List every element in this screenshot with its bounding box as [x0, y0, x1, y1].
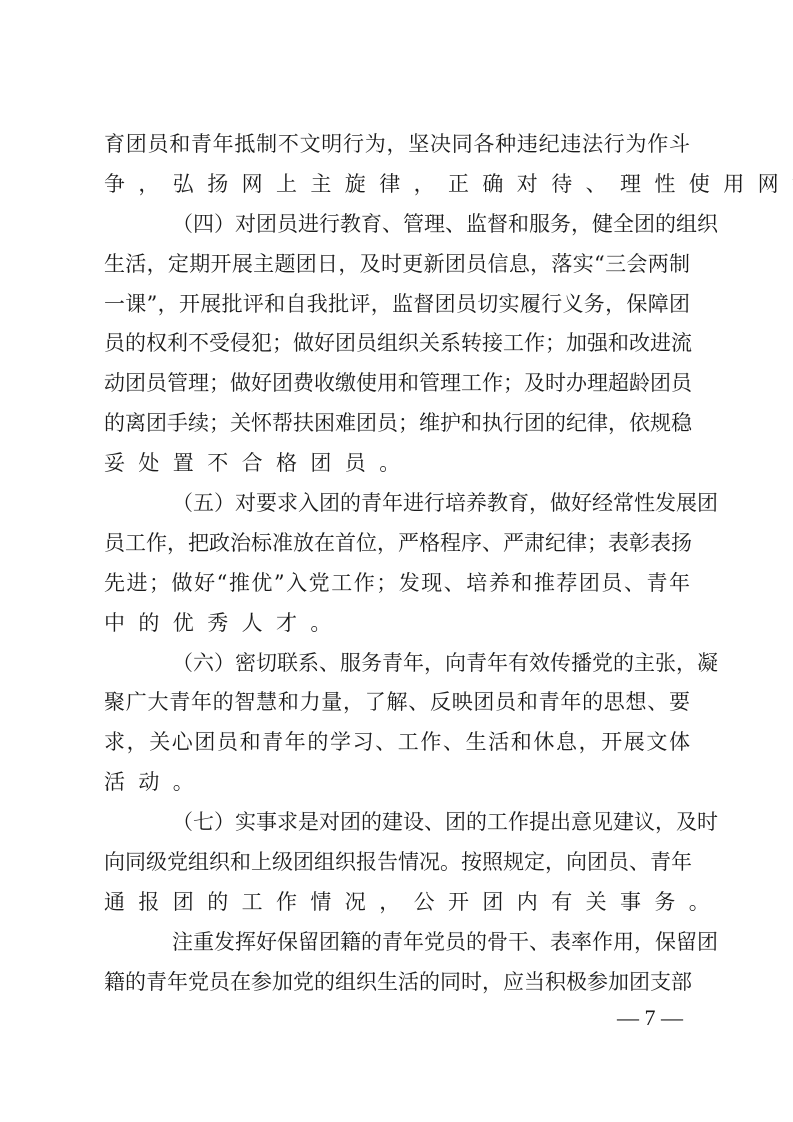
text-line: 注重发挥好保留团籍的青年党员的骨干、表率作用，保留团: [104, 923, 690, 963]
document-page: 育团员和青年抵制不文明行为，坚决同各种违纪违法行为作斗 争，弘扬网上主旋律，正确…: [0, 0, 793, 1122]
text-line: 聚广大青年的智慧和力量，了解、反映团员和青年的思想、要: [104, 683, 690, 723]
text-line: （五）对要求入团的青年进行培养教育，做好经常性发展团: [104, 484, 690, 524]
text-line: 先进；做好“推优”入党工作；发现、培养和推荐团员、青年: [104, 564, 690, 604]
text-line: 向同级党组织和上级团组织报告情况。按照规定，向团员、青年: [104, 843, 690, 883]
page-number: — 7 —: [612, 1004, 688, 1032]
text-line: 通报团的工作情况，公开团内有关事务。: [104, 883, 690, 923]
paragraph-item-4: （四）对团员进行教育、管理、监督和服务，健全团的组织 生活，定期开展主题团日，及…: [104, 205, 690, 484]
text-line: 活动。: [104, 763, 690, 803]
text-line: 的离团手续；关怀帮扶困难团员；维护和执行团的纪律，依规稳: [104, 404, 690, 444]
paragraph-item-6: （六）密切联系、服务青年，向青年有效传播党的主张，凝 聚广大青年的智慧和力量，了…: [104, 644, 690, 804]
paragraph-item-7: （七）实事求是对团的建设、团的工作提出意见建议，及时 向同级党组织和上级团组织报…: [104, 803, 690, 923]
text-line: 动团员管理；做好团费收缴使用和管理工作；及时办理超龄团员: [104, 364, 690, 404]
text-line: 生活，定期开展主题团日，及时更新团员信息，落实“三会两制: [104, 245, 690, 285]
text-line: 争，弘扬网上主旋律，正确对待、理性使用网络。: [104, 165, 690, 205]
text-line: 妥处置不合格团员。: [104, 444, 690, 484]
text-line: 籍的青年党员在参加党的组织生活的同时，应当积极参加团支部: [104, 963, 690, 1003]
text-line: 一课”，开展批评和自我批评，监督团员切实履行义务，保障团: [104, 285, 690, 325]
paragraph-closing: 注重发挥好保留团籍的青年党员的骨干、表率作用，保留团 籍的青年党员在参加党的组织…: [104, 923, 690, 1003]
paragraph-item-5: （五）对要求入团的青年进行培养教育，做好经常性发展团 员工作，把政治标准放在首位…: [104, 484, 690, 644]
body-text: 育团员和青年抵制不文明行为，坚决同各种违纪违法行为作斗 争，弘扬网上主旋律，正确…: [104, 125, 690, 1003]
text-line: 求，关心团员和青年的学习、工作、生活和休息，开展文体: [104, 723, 690, 763]
text-line: 员的权利不受侵犯；做好团员组织关系转接工作；加强和改进流: [104, 324, 690, 364]
paragraph-continuation: 育团员和青年抵制不文明行为，坚决同各种违纪违法行为作斗 争，弘扬网上主旋律，正确…: [104, 125, 690, 205]
text-line: 员工作，把政治标准放在首位，严格程序、严肃纪律；表彰表扬: [104, 524, 690, 564]
text-line: （七）实事求是对团的建设、团的工作提出意见建议，及时: [104, 803, 690, 843]
text-line: （六）密切联系、服务青年，向青年有效传播党的主张，凝: [104, 644, 690, 684]
text-line: 中的优秀人才。: [104, 604, 690, 644]
text-line: （四）对团员进行教育、管理、监督和服务，健全团的组织: [104, 205, 690, 245]
text-line: 育团员和青年抵制不文明行为，坚决同各种违纪违法行为作斗: [104, 125, 690, 165]
